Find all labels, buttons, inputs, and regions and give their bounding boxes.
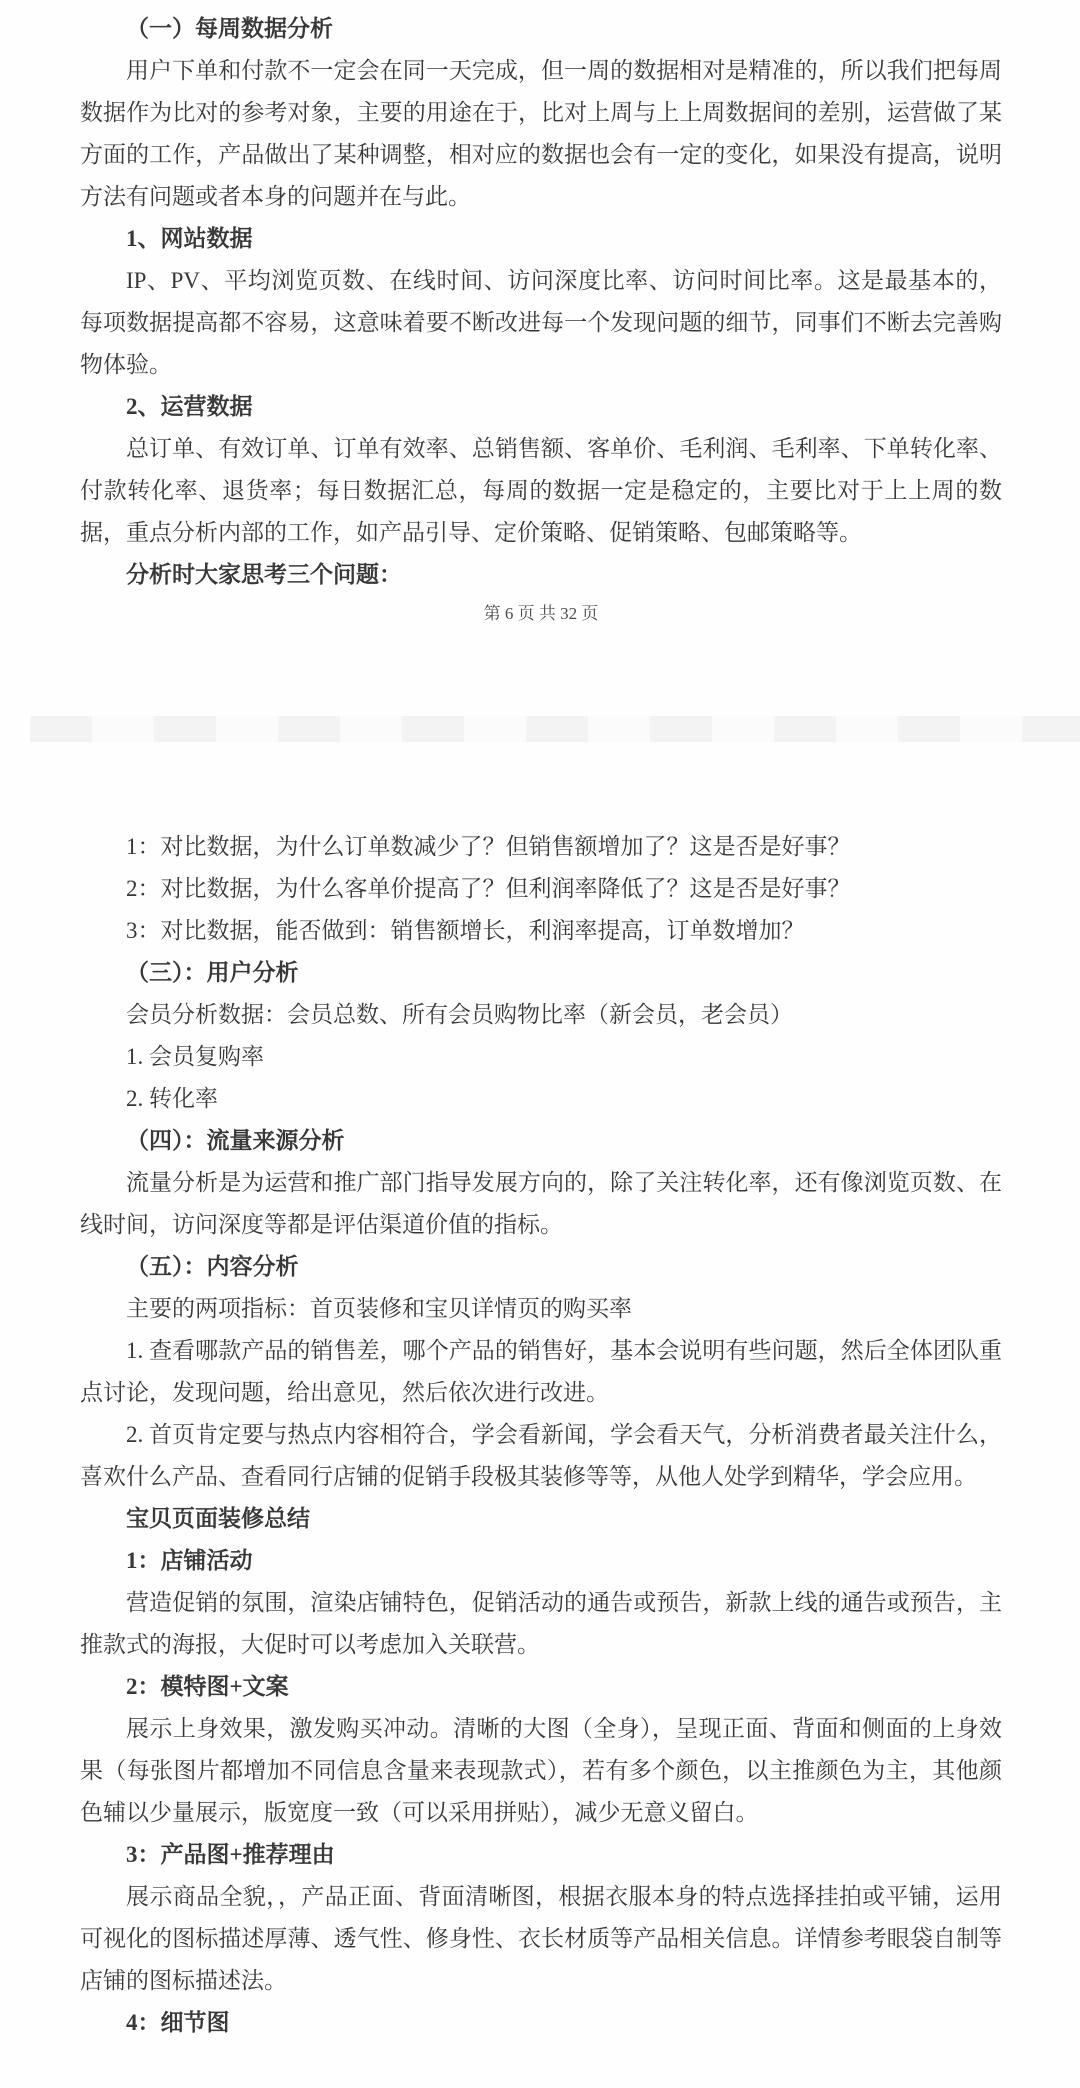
page-6: （一）每周数据分析 用户下单和付款不一定会在同一天完成，但一周的数据相对是精准的… — [0, 0, 1080, 630]
heading-traffic-source-analysis: （四）：流量来源分析 — [80, 1120, 1002, 1162]
question-item-1: 1：对比数据，为什么订单数减少了？但销售额增加了？这是否是好事？ — [80, 826, 1002, 868]
document-sheet: （一）每周数据分析 用户下单和付款不一定会在同一天完成，但一周的数据相对是精准的… — [0, 0, 1080, 2088]
page-7: 1：对比数据，为什么订单数减少了？但销售额增加了？这是否是好事？ 2：对比数据，… — [0, 826, 1080, 2044]
body-paragraph: 营造促销的氛围，渲染店铺特色，促销活动的通告或预告，新款上线的通告或预告，主推款… — [80, 1582, 1002, 1666]
body-paragraph: 2. 首页肯定要与热点内容相符合，学会看新闻，学会看天气，分析消费者最关注什么，… — [80, 1414, 1002, 1498]
heading-shop-activity: 1：店铺活动 — [80, 1540, 1002, 1582]
heading-weekly-data-analysis: （一）每周数据分析 — [80, 8, 1002, 50]
list-item-repurchase-rate: 1. 会员复购率 — [80, 1036, 1002, 1078]
heading-detail-photo: 4：细节图 — [80, 2002, 1002, 2044]
body-paragraph: 展示商品全貌，，产品正面、背面清晰图，根据衣服本身的特点选择挂拍或平铺，运用可视… — [80, 1876, 1002, 2002]
body-paragraph: 展示上身效果，激发购买冲动。清晰的大图（全身），呈现正面、背面和侧面的上身效果（… — [80, 1708, 1002, 1834]
body-paragraph: 用户下单和付款不一定会在同一天完成，但一周的数据相对是精准的，所以我们把每周数据… — [80, 50, 1002, 218]
heading-website-data: 1、网站数据 — [80, 218, 1002, 260]
list-item-conversion-rate: 2. 转化率 — [80, 1078, 1002, 1120]
question-item-2: 2：对比数据，为什么客单价提高了？但利润率降低了？这是否是好事？ — [80, 868, 1002, 910]
body-paragraph: 1. 查看哪款产品的销售差，哪个产品的销售好，基本会说明有些问题，然后全体团队重… — [80, 1330, 1002, 1414]
page-number-footer: 第 6 页 共 32 页 — [80, 598, 1002, 630]
heading-product-photo-recommendation: 3：产品图+推荐理由 — [80, 1834, 1002, 1876]
body-paragraph: 主要的两项指标：首页装修和宝贝详情页的购买率 — [80, 1288, 1002, 1330]
heading-item-page-decoration-summary: 宝贝页面装修总结 — [80, 1498, 1002, 1540]
heading-user-analysis: （三）：用户分析 — [80, 952, 1002, 994]
page-separator — [0, 630, 1080, 826]
body-paragraph: 总订单、有效订单、订单有效率、总销售额、客单价、毛利润、毛利率、下单转化率、付款… — [80, 428, 1002, 554]
heading-operation-data: 2、运营数据 — [80, 386, 1002, 428]
body-paragraph: 流量分析是为运营和推广部门指导发展方向的，除了关注转化率，还有像浏览页数、在线时… — [80, 1162, 1002, 1246]
heading-content-analysis: （五）：内容分析 — [80, 1246, 1002, 1288]
question-item-3: 3：对比数据，能否做到：销售额增长，利润率提高，订单数增加？ — [80, 910, 1002, 952]
heading-three-questions: 分析时大家思考三个问题： — [80, 554, 1002, 596]
page-separator-shading — [30, 716, 1080, 742]
body-paragraph: 会员分析数据：会员总数、所有会员购物比率（新会员，老会员） — [80, 994, 1002, 1036]
heading-model-photo-copywriting: 2：模特图+文案 — [80, 1666, 1002, 1708]
body-paragraph: IP、PV、平均浏览页数、在线时间、访问深度比率、访问时间比率。这是最基本的，每… — [80, 260, 1002, 386]
